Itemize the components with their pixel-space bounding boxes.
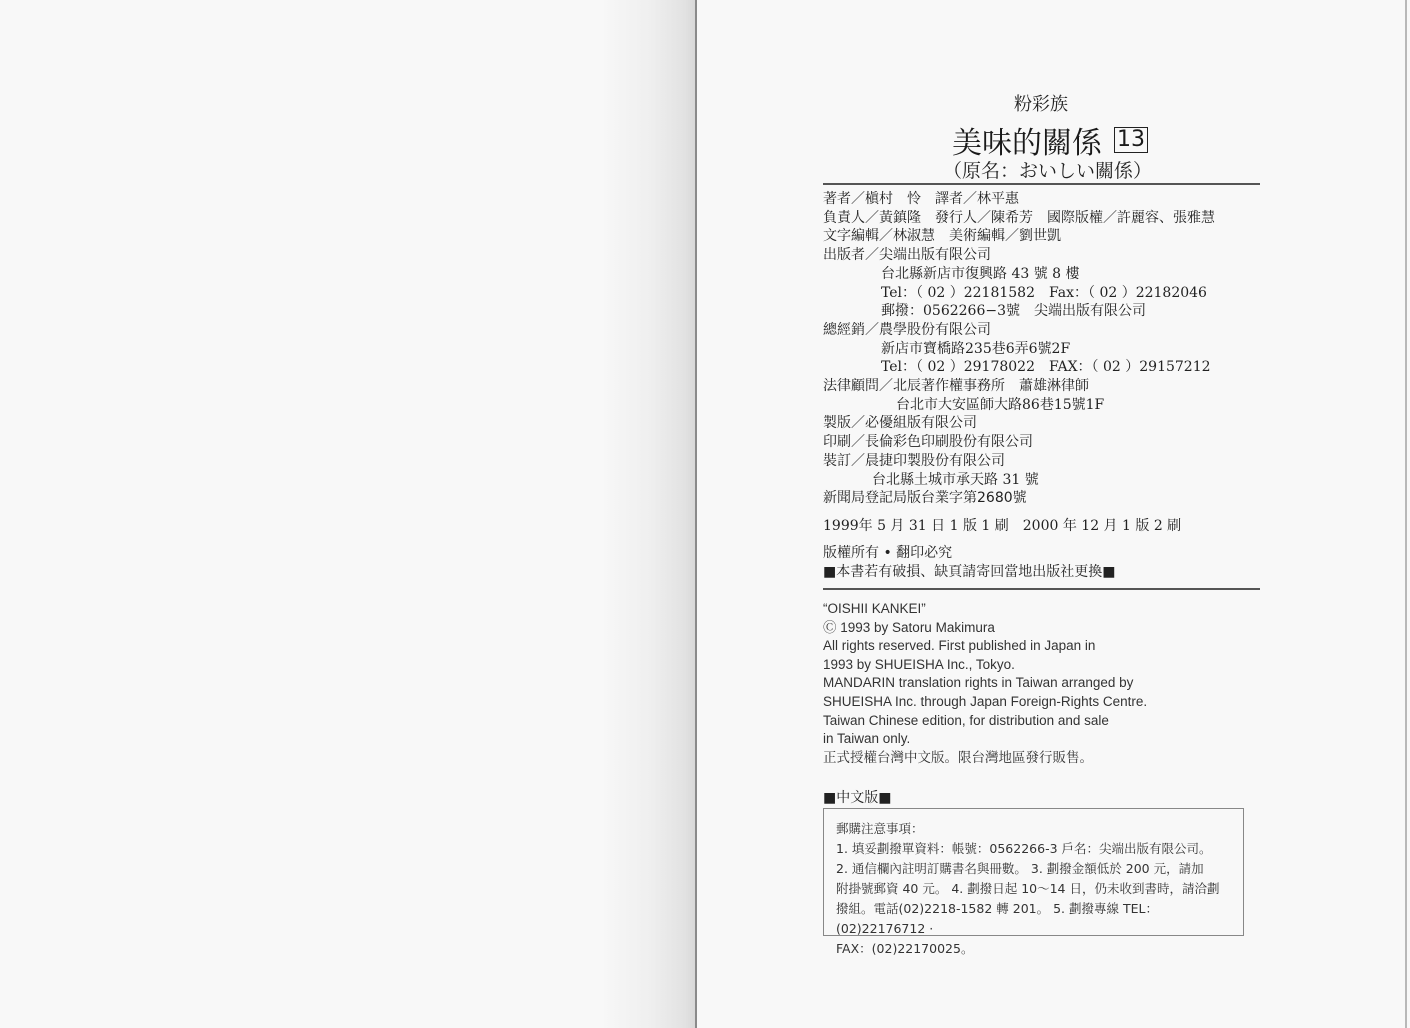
left-page-blank	[0, 0, 697, 1028]
page-edge	[1405, 0, 1407, 1028]
mail-order-line: 2. 通信欄內註明訂購書名與冊數。 3. 劃撥金額低於 200 元，請加	[836, 859, 1243, 879]
credit-line: 文字編輯／林淑慧 美術編輯／劉世凱	[823, 227, 1215, 246]
damage-notice: ■本書若有破損、缺頁請寄回當地出版社更換■	[823, 563, 1115, 582]
credit-line: Tel：（ 02 ）22181582 Fax：（ 02 ）22182046	[823, 284, 1215, 303]
credit-line: 郵撥：0562266−3號 尖端出版有限公司	[823, 302, 1215, 321]
mail-order-line: 1. 填妥劃撥單資料：帳號：0562266-3 戶名：尖端出版有限公司。	[836, 839, 1243, 859]
divider-top	[823, 183, 1260, 185]
mail-order-line: FAX：(02)22170025。	[836, 939, 1243, 959]
mail-order-notice: 郵購注意事項： 1. 填妥劃撥單資料：帳號：0562266-3 戶名：尖端出版有…	[823, 808, 1244, 936]
english-line: SHUEISHA Inc. through Japan Foreign-Righ…	[823, 693, 1147, 712]
rights-reserved: 版權所有 • 翻印必究	[823, 544, 1115, 563]
credit-line: 法律顧問／北辰著作權事務所 蕭雄淋律師	[823, 377, 1215, 396]
credit-line: 新店市寶橋路235巷6弄6號2F	[823, 340, 1215, 359]
english-line: Ⓒ 1993 by Satoru Makimura	[823, 619, 1147, 638]
english-line: Taiwan Chinese edition, for distribution…	[823, 712, 1147, 731]
volume-number: 13	[1114, 127, 1148, 153]
credit-line: 著者／槇村 怜 譯者／林平惠	[823, 190, 1215, 209]
mail-order-line: 附掛號郵資 40 元。 4. 劃撥日起 10～14 日，仍未收到書時，請洽劃	[836, 879, 1243, 899]
english-line: in Taiwan only.	[823, 730, 1147, 749]
credit-line: 台北縣土城市承天路 31 號	[823, 471, 1215, 490]
rights-block: 版權所有 • 翻印必究 ■本書若有破損、缺頁請寄回當地出版社更換■	[823, 544, 1115, 582]
mail-order-heading: 郵購注意事項：	[836, 819, 1243, 839]
mail-order-line: 撥組。電話(02)2218-1582 轉 201。 5. 劃撥專線 TEL：(0…	[836, 899, 1243, 939]
credit-line: 台北縣新店市復興路 43 號 8 樓	[823, 265, 1215, 284]
english-line: 1993 by SHUEISHA Inc., Tokyo.	[823, 656, 1147, 675]
credit-line: 台北市大安區師大路86巷15號1F	[823, 396, 1215, 415]
authorized-notice: 正式授權台灣中文版。限台灣地區發行販售。	[823, 749, 1147, 768]
series-name: 粉彩族	[1014, 90, 1068, 116]
credit-line: 出版者／尖端出版有限公司	[823, 246, 1215, 265]
credit-line: 印刷／長倫彩色印刷股份有限公司	[823, 433, 1215, 452]
credit-line: 製版／必優組版有限公司	[823, 414, 1215, 433]
chinese-edition-label: ■中文版■	[823, 787, 891, 807]
credit-line: Tel：（ 02 ）29178022 FAX：（ 02 ）29157212	[823, 358, 1215, 377]
english-line: “OISHII KANKEI”	[823, 600, 1147, 619]
credit-line: 負責人／黃鎮隆 發行人／陳希芳 國際版權／許麗容、張雅慧	[823, 209, 1215, 228]
credit-line: 裝訂／晨捷印製股份有限公司	[823, 452, 1215, 471]
english-credits: “OISHII KANKEI” Ⓒ 1993 by Satoru Makimur…	[823, 600, 1147, 767]
edition-history: 1999年 5 月 31 日 1 版 1 刷 2000 年 12 月 1 版 2…	[823, 515, 1181, 535]
credit-line: 總經銷／農學股份有限公司	[823, 321, 1215, 340]
english-line: All rights reserved. First published in …	[823, 637, 1147, 656]
credits-block: 著者／槇村 怜 譯者／林平惠 負責人／黃鎮隆 發行人／陳希芳 國際版權／許麗容、…	[823, 190, 1215, 508]
original-title: （原名：おいしい關係）	[943, 156, 1152, 183]
divider-middle	[823, 588, 1260, 590]
english-line: MANDARIN translation rights in Taiwan ar…	[823, 674, 1147, 693]
credit-line: 新聞局登記局版台業字第2680號	[823, 489, 1215, 508]
